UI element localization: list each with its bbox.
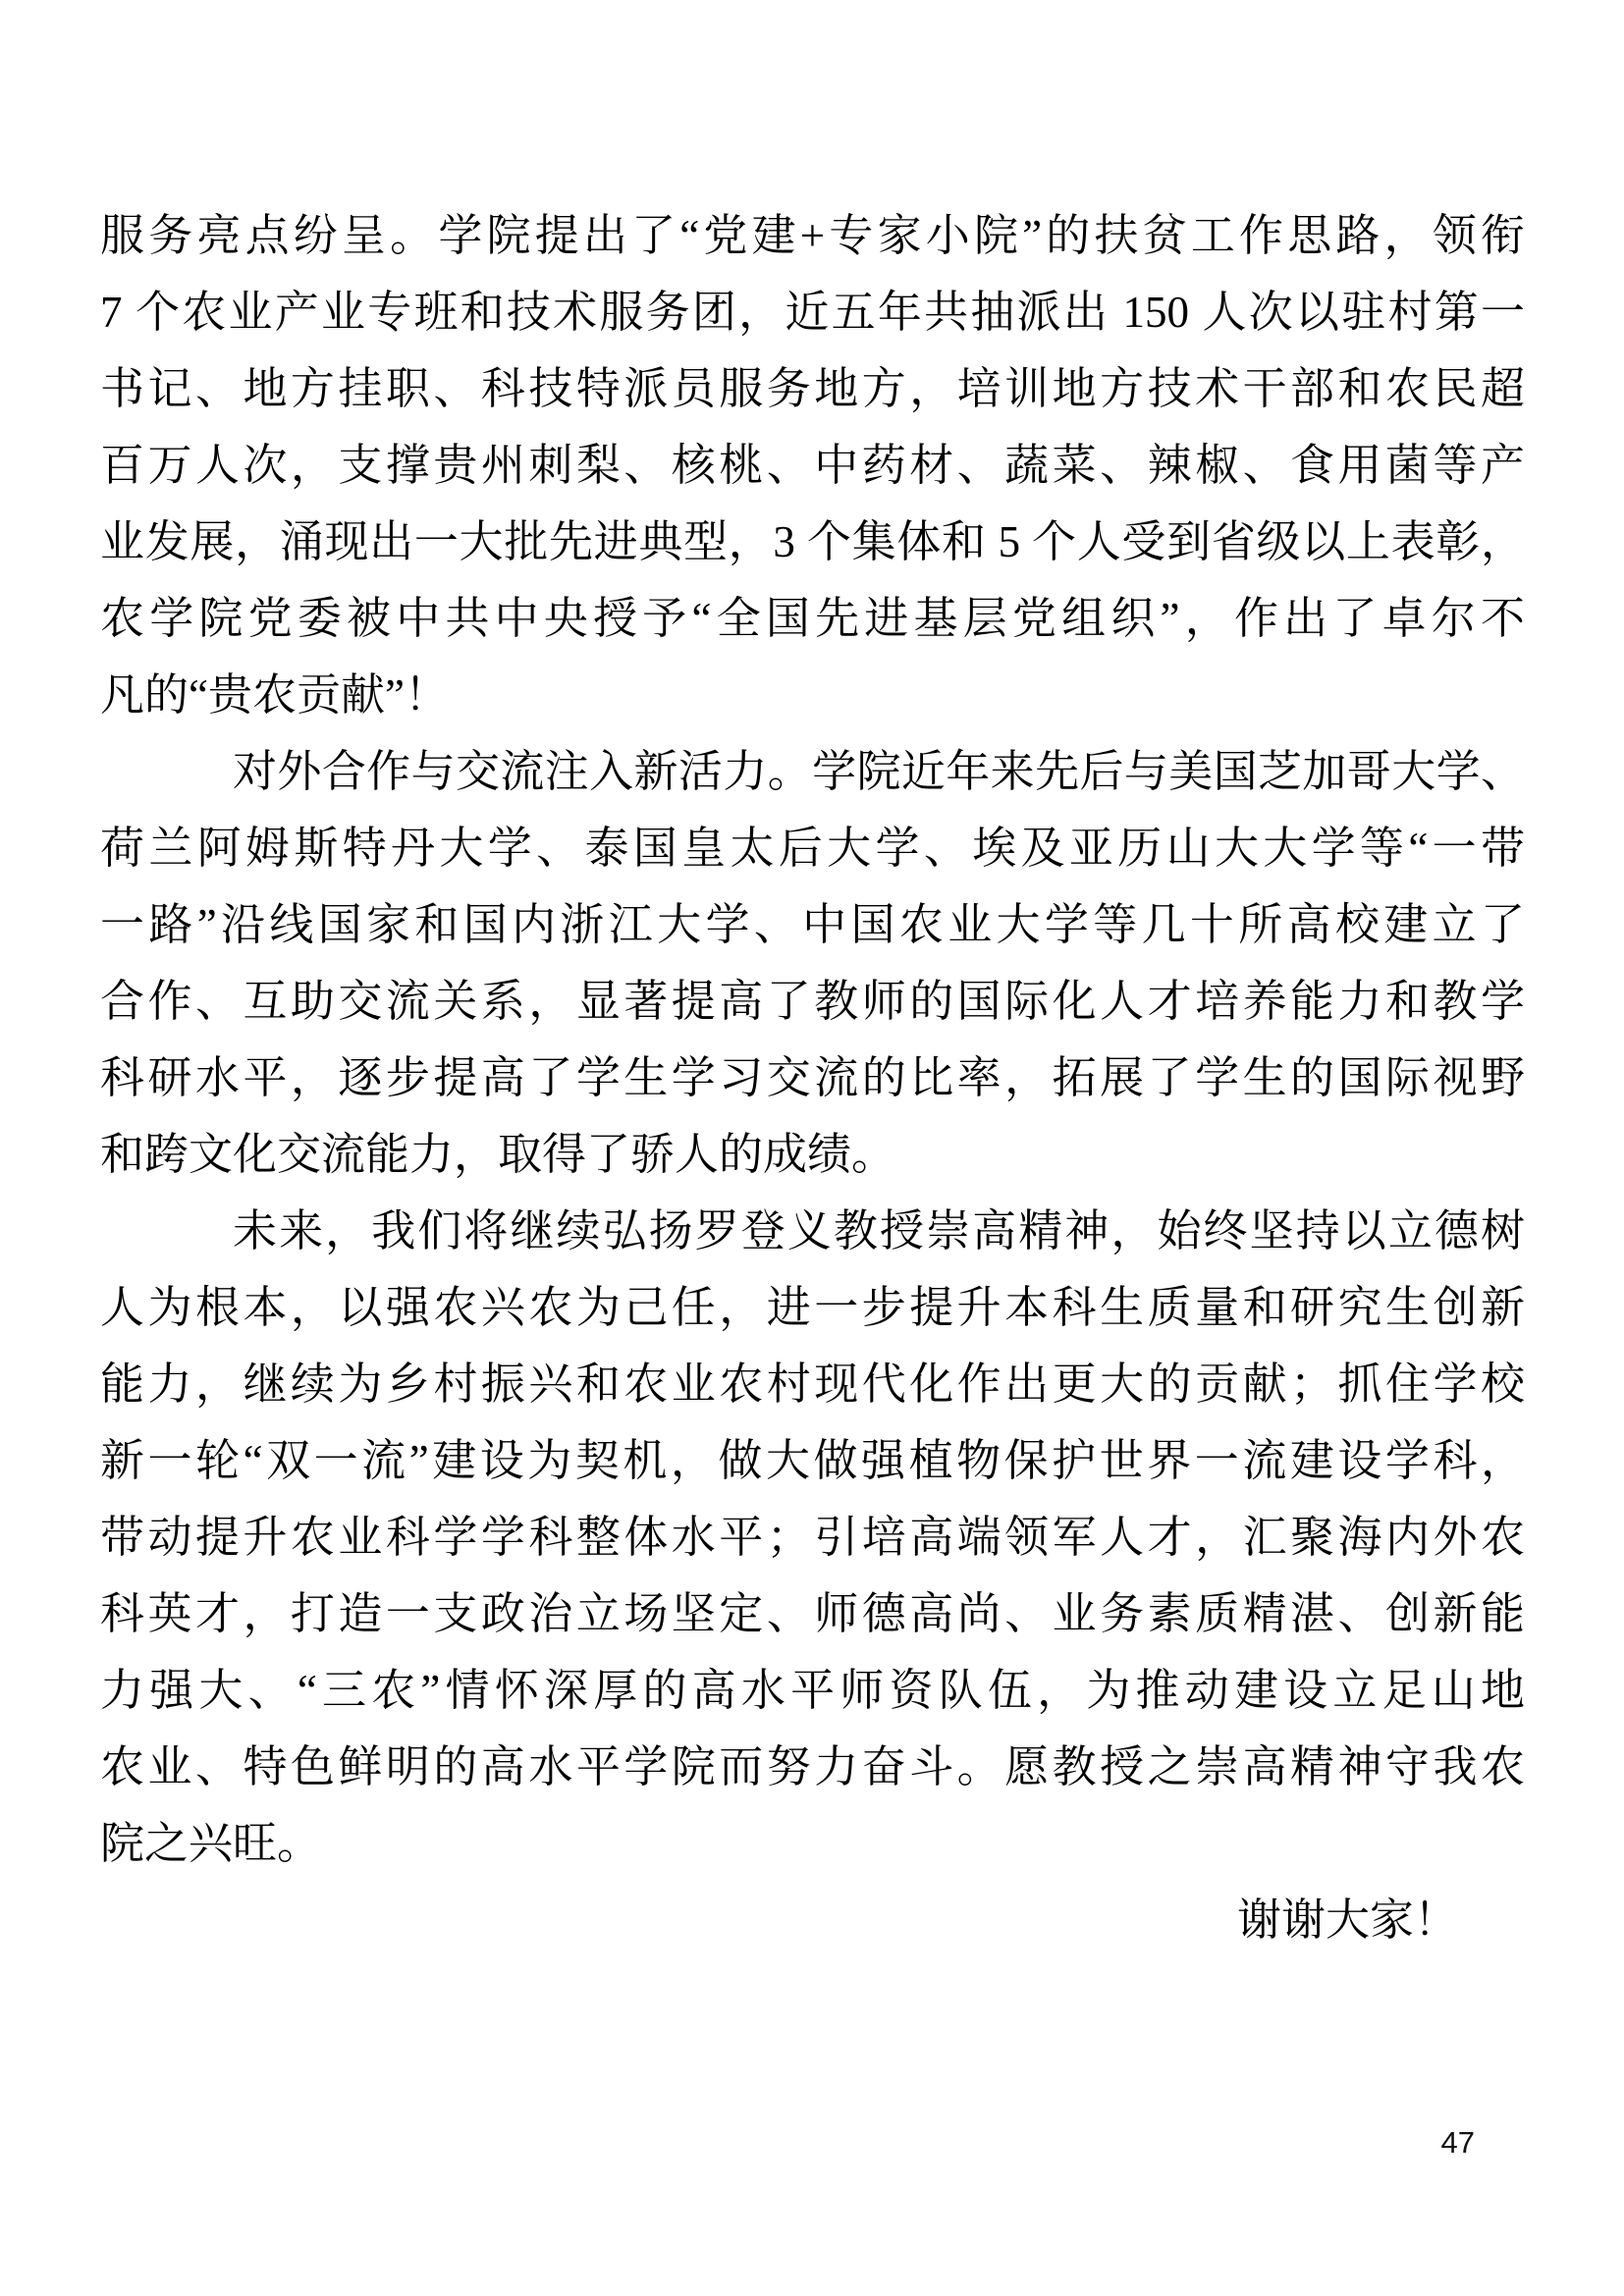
text-line: 对外合作与交流注入新活力。学院近年来先后与美国芝加哥大学、	[100, 733, 1525, 810]
text-line: 百万人次，支撑贵州刺梨、核桃、中药材、蔬菜、辣椒、食用菌等产	[100, 427, 1525, 504]
text-line: 能力，继续为乡村振兴和农业农村现代化作出更大的贡献；抓住学校	[100, 1346, 1525, 1422]
document-page: 服务亮点纷呈。学院提出了“党建+专家小院”的扶贫工作思路，领衔7 个农业产业专班…	[0, 0, 1624, 2296]
text-line: 7 个农业产业专班和技术服务团，近五年共抽派出 150 人次以驻村第一	[100, 274, 1525, 350]
text-line: 合作、互助交流关系，显著提高了教师的国际化人才培养能力和教学	[100, 963, 1525, 1040]
text-line: 未来，我们将继续弘扬罗登义教授崇高精神，始终坚持以立德树	[100, 1193, 1525, 1269]
text-line: 业发展，涌现出一大批先进典型，3 个集体和 5 个人受到省级以上表彰，	[100, 504, 1525, 580]
text-line: 凡的“贵农贡献”！	[100, 657, 1525, 733]
text-line: 院之兴旺。	[100, 1805, 1525, 1882]
text-line: 人为根本，以强农兴农为己任，进一步提升本科生质量和研究生创新	[100, 1269, 1525, 1346]
text-line: 科研水平，逐步提高了学生学习交流的比率，拓展了学生的国际视野	[100, 1040, 1525, 1116]
text-line: 带动提升农业科学学科整体水平；引培高端领军人才，汇聚海内外农	[100, 1499, 1525, 1575]
text-line: 力强大、“三农”情怀深厚的高水平师资队伍，为推动建设立足山地	[100, 1652, 1525, 1729]
text-line: 农业、特色鲜明的高水平学院而努力奋斗。愿教授之崇高精神守我农	[100, 1729, 1525, 1805]
text-line: 一路”沿线国家和国内浙江大学、中国农业大学等几十所高校建立了	[100, 886, 1525, 963]
text-line: 科英才，打造一支政治立场坚定、师德高尚、业务素质精湛、创新能	[100, 1575, 1525, 1652]
text-line: 农学院党委被中共中央授予“全国先进基层党组织”，作出了卓尔不	[100, 580, 1525, 657]
document-body: 服务亮点纷呈。学院提出了“党建+专家小院”的扶贫工作思路，领衔7 个农业产业专班…	[0, 0, 1624, 1958]
page-number: 47	[1441, 2126, 1475, 2160]
text-line: 和跨文化交流能力，取得了骄人的成绩。	[100, 1116, 1525, 1193]
text-line: 服务亮点纷呈。学院提出了“党建+专家小院”的扶贫工作思路，领衔	[100, 197, 1525, 274]
text-line: 书记、地方挂职、科技特派员服务地方，培训地方技术干部和农民超	[100, 350, 1525, 427]
text-line: 荷兰阿姆斯特丹大学、泰国皇太后大学、埃及亚历山大大学等“一带	[100, 810, 1525, 886]
text-line: 新一轮“双一流”建设为契机，做大做强植物保护世界一流建设学科，	[100, 1422, 1525, 1499]
closing-line: 谢谢大家！	[100, 1882, 1525, 1958]
